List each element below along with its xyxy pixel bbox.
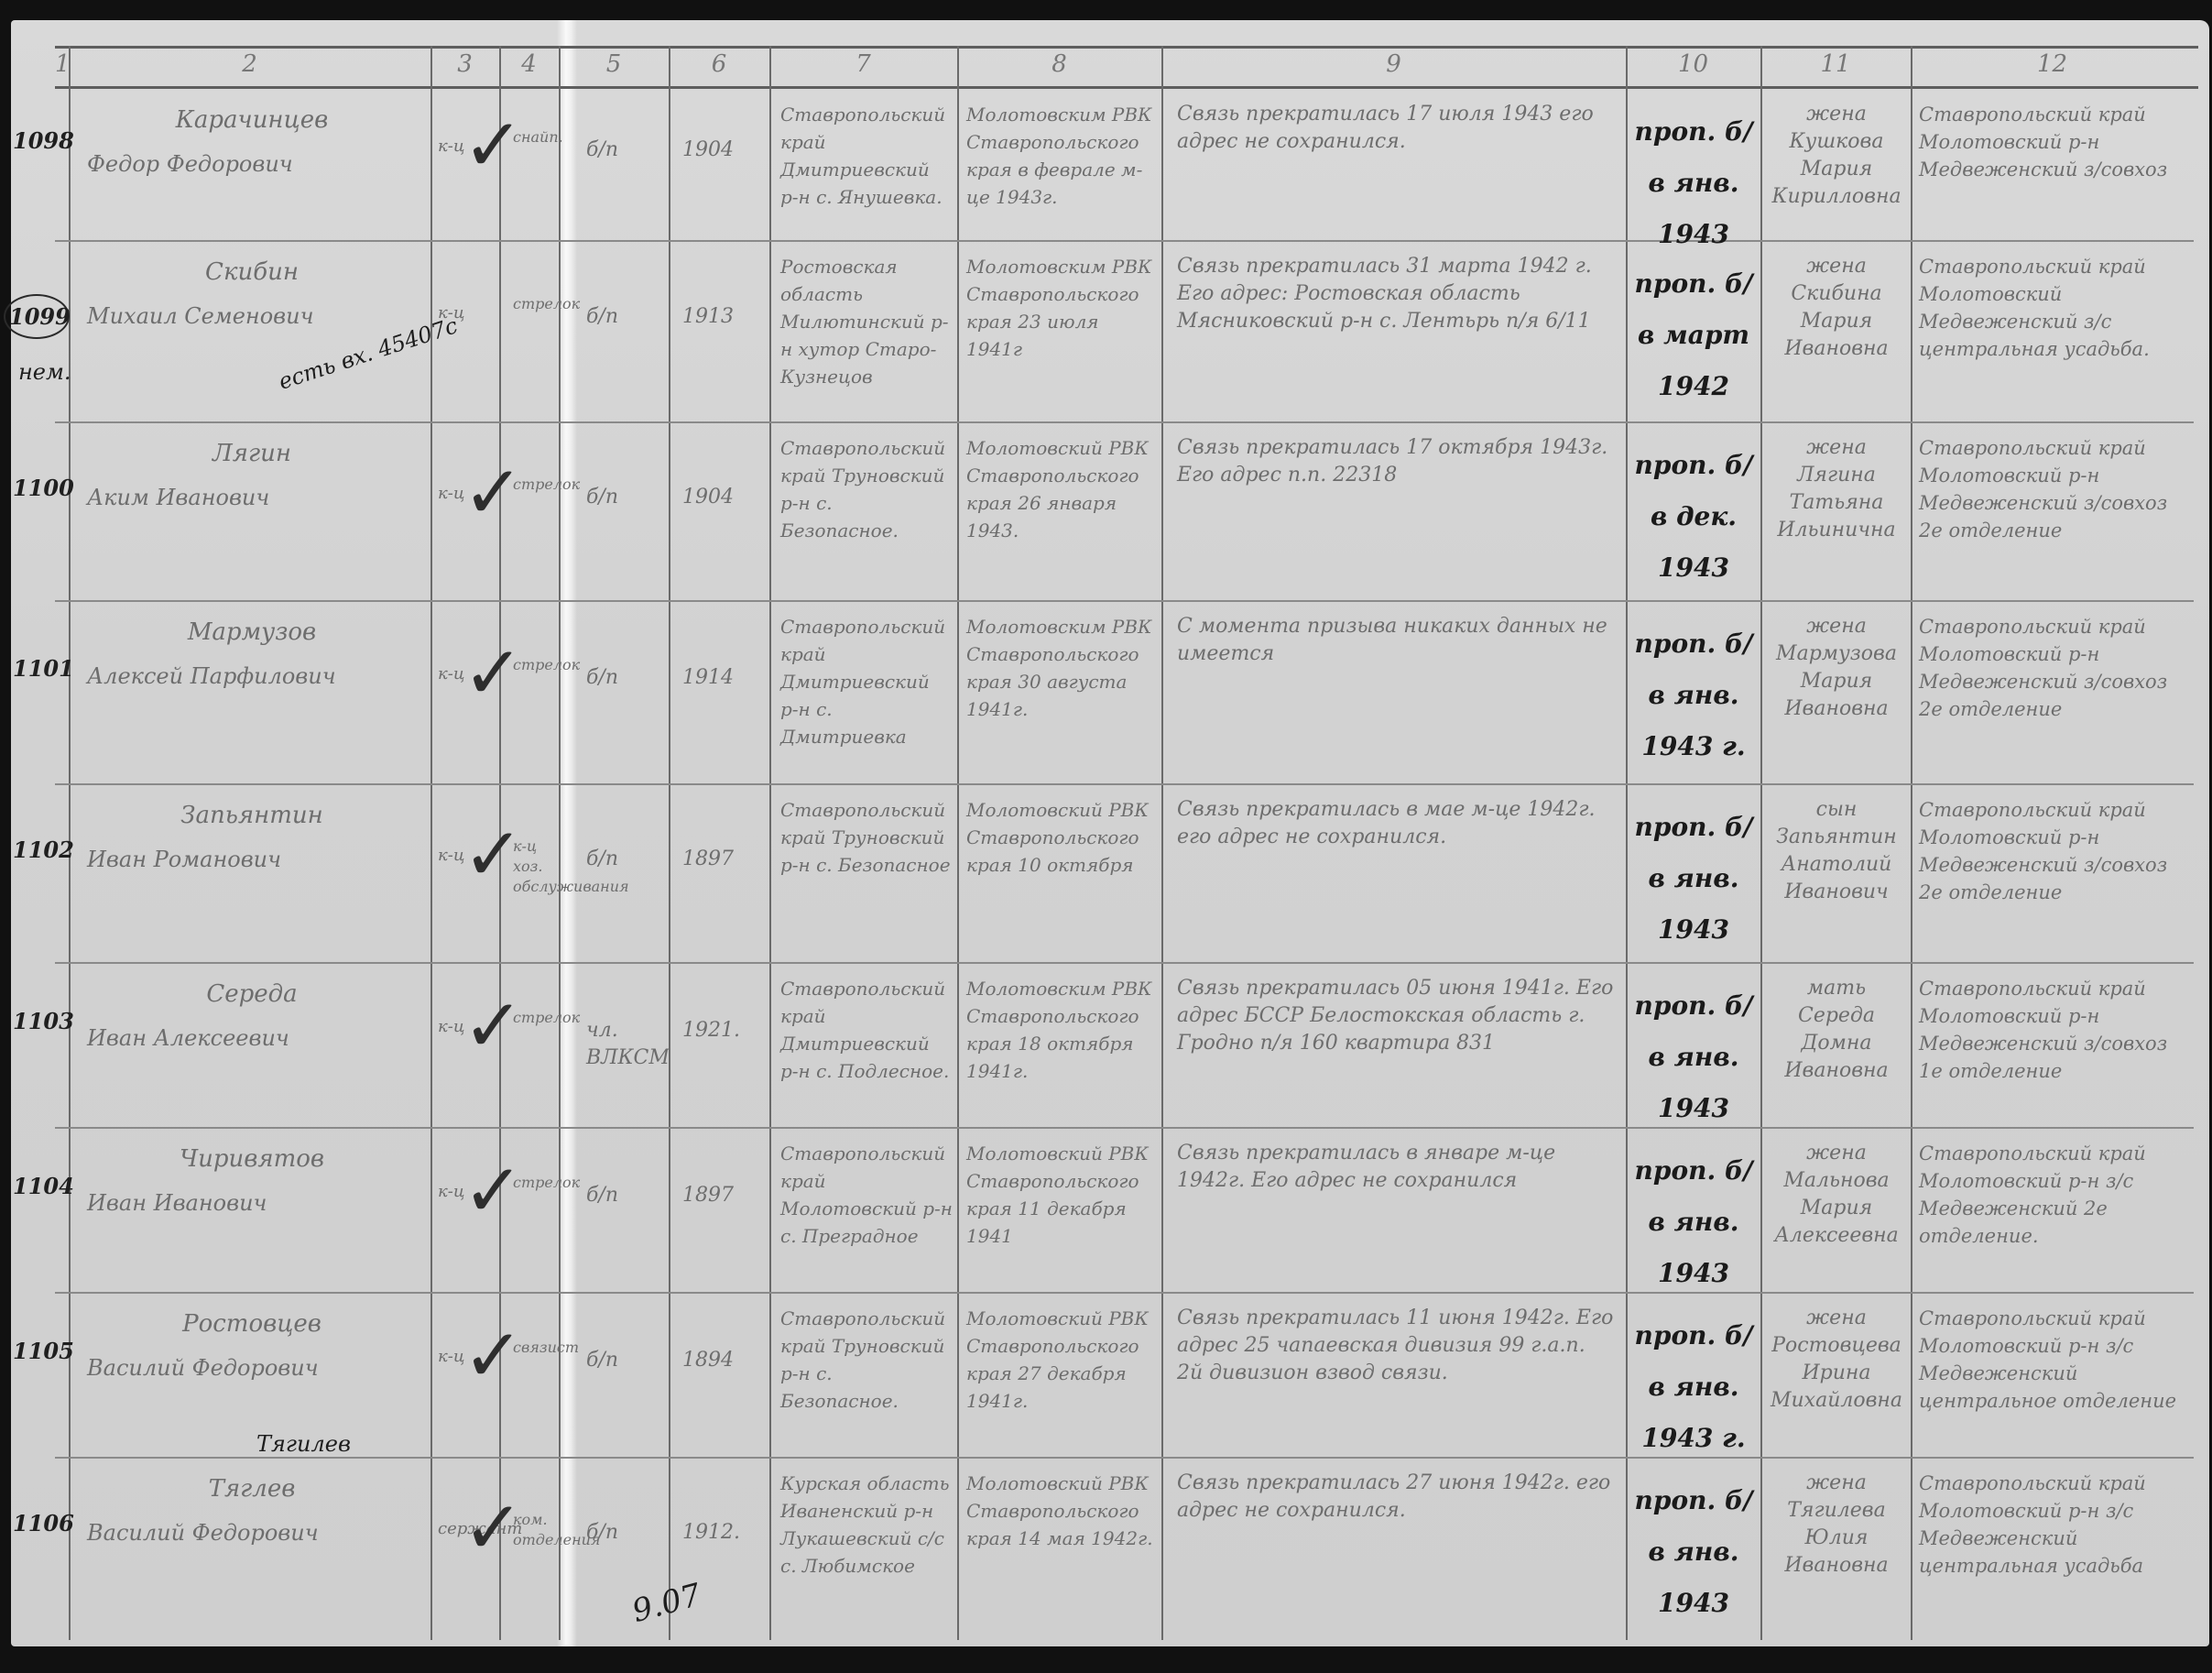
column-number: 12 <box>1911 46 2194 82</box>
row-number: 1104 <box>13 1173 68 1199</box>
relative-address: Ставропольский край Молотовский р-н Медв… <box>1919 796 2189 906</box>
mia-status: проп. б/в янв. 1943 г. <box>1630 1310 1757 1464</box>
column-number: 4 <box>499 46 559 82</box>
mia-status: проп. б/в март 1942 <box>1630 258 1757 412</box>
mia-status: проп. б/в янв. 1943 <box>1630 980 1757 1134</box>
checkmark-icon: ✓ <box>463 456 524 530</box>
column-number: 6 <box>669 46 769 82</box>
row-rule <box>55 962 2194 964</box>
last-contact: Связь прекратилась 17 июля 1943 его адре… <box>1177 101 1617 156</box>
birthplace: Курская область Иваненский р-н Лукашевск… <box>780 1470 953 1580</box>
checkmark-icon: ✓ <box>463 1492 524 1565</box>
mia-status: проп. б/в янв. 1943 г. <box>1630 618 1757 772</box>
row-number: 1101 <box>13 655 68 682</box>
birth-year: 1897 <box>682 1182 765 1209</box>
header-bottom-rule <box>55 86 2198 89</box>
conscription: Молотовский РВК Ставропольского края 14 … <box>966 1470 1157 1552</box>
surname-correction: Тягилев <box>256 1431 351 1457</box>
surname: Тяглев <box>82 1475 421 1503</box>
row-rule <box>55 1292 2194 1294</box>
column-number: 11 <box>1760 46 1911 82</box>
birthplace: Ставропольский край Труновский р-н с. Бе… <box>780 434 953 544</box>
checkmark-icon: ✓ <box>463 818 524 891</box>
relative-address: Ставропольский край Молотовский р-н Медв… <box>1919 101 2189 183</box>
column-rule <box>769 46 771 1640</box>
relative: жена Мармузова Мария Ивановна <box>1768 613 1905 723</box>
row-rule <box>55 421 2194 423</box>
party: б/п <box>586 1347 659 1374</box>
given-name: Аким Иванович <box>87 484 426 511</box>
party: б/п <box>586 664 659 692</box>
birth-year: 1904 <box>682 484 765 511</box>
column-rule <box>1760 46 1762 1640</box>
relative: жена Лягина Татьяна Ильинична <box>1768 434 1905 544</box>
mia-status: проп. б/в янв. 1943 <box>1630 106 1757 260</box>
surname: Скибин <box>82 258 421 286</box>
last-contact: Связь прекратилась 31 марта 1942 г. Его … <box>1177 253 1617 335</box>
last-contact: Связь прекратилась 27 июня 1942г. его ад… <box>1177 1470 1617 1525</box>
party: б/п <box>586 484 659 511</box>
party: б/п <box>586 137 659 164</box>
relative: мать Середа Домна Ивановна <box>1768 975 1905 1085</box>
relative-address: Ставропольский край Молотовский р-н з/с … <box>1919 1470 2189 1580</box>
column-number: 3 <box>430 46 499 82</box>
given-name: Василий Федорович <box>87 1519 426 1547</box>
birthplace: Ставропольский край Дмитриевский р-н с. … <box>780 101 953 211</box>
column-rule <box>430 46 432 1640</box>
party: б/п <box>586 846 659 873</box>
given-name: Михаил Семенович <box>87 302 426 330</box>
conscription: Молотовский РВК Ставропольского края 26 … <box>966 434 1157 544</box>
party: б/п <box>586 303 659 331</box>
conscription: Молотовским РВК Ставропольского края 23 … <box>966 253 1157 363</box>
relative-address: Ставропольский край Молотовский р-н з/с … <box>1919 1305 2189 1415</box>
mia-status: проп. б/в янв. 1943 <box>1630 802 1757 956</box>
row-rule <box>55 1457 2194 1459</box>
row-number: 1098 <box>13 127 68 154</box>
surname: Карачинцев <box>82 106 421 134</box>
column-rule <box>669 46 670 1640</box>
position: стрелок <box>513 294 564 314</box>
column-rule <box>1911 46 1912 1640</box>
relative-address: Ставропольский край Молотовский р-н Медв… <box>1919 613 2189 723</box>
relative: жена Ростовцева Ирина Михайловна <box>1768 1305 1905 1415</box>
conscription: Молотовский РВК Ставропольского края 27 … <box>966 1305 1157 1415</box>
mia-status: проп. б/в янв. 1943 <box>1630 1145 1757 1299</box>
given-name: Иван Алексеевич <box>87 1024 426 1052</box>
surname: Запьянтин <box>82 802 421 829</box>
birthplace: Ставропольский край Труновский р-н с. Бе… <box>780 1305 953 1415</box>
last-contact: Связь прекратилась в мае м-це 1942г. его… <box>1177 796 1617 851</box>
party: чл. ВЛКСМ <box>586 1017 659 1072</box>
row-number: 1103 <box>13 1008 68 1034</box>
mia-status: проп. б/в янв. 1943 <box>1630 1475 1757 1629</box>
conscription: Молотовским РВК Ставропольского края в ф… <box>966 101 1157 211</box>
relative: жена Мальнова Мария Алексеевна <box>1768 1140 1905 1250</box>
relative-address: Ставропольский край Молотовский Медвежен… <box>1919 253 2189 363</box>
birthplace: Ростовская область Милютинский р-н хутор… <box>780 253 953 390</box>
column-rule <box>957 46 959 1640</box>
last-contact: Связь прекратилась в январе м-це 1942г. … <box>1177 1140 1617 1195</box>
row-rule <box>55 783 2194 785</box>
given-name: Иван Иванович <box>87 1189 426 1217</box>
relative-address: Ставропольский край Молотовский р-н з/с … <box>1919 1140 2189 1250</box>
given-name: Алексей Парфилович <box>87 662 426 690</box>
relative-address: Ставропольский край Молотовский р-н Медв… <box>1919 975 2189 1085</box>
birth-year: 1904 <box>682 137 765 164</box>
birth-year: 1912. <box>682 1519 765 1547</box>
row-number: 1105 <box>13 1338 68 1364</box>
last-contact: С момента призыва никаких данных не имее… <box>1177 613 1617 668</box>
column-rule <box>1626 46 1628 1640</box>
row-number: 1100 <box>13 475 68 501</box>
relative: жена Кушкова Мария Кирилловна <box>1768 101 1905 211</box>
last-contact: Связь прекратилась 17 октября 1943г. Его… <box>1177 434 1617 489</box>
given-name: Иван Романович <box>87 846 426 873</box>
row-number: 1099 <box>4 294 70 339</box>
birth-year: 1921. <box>682 1017 765 1044</box>
last-contact: Связь прекратилась 05 июня 1941г. Его ад… <box>1177 975 1617 1057</box>
birthplace: Ставропольский край Молотовский р-н с. П… <box>780 1140 953 1250</box>
birth-year: 1897 <box>682 846 765 873</box>
surname: Ростовцев <box>82 1310 421 1338</box>
surname: Лягин <box>82 440 421 467</box>
conscription: Молотовским РВК Ставропольского края 30 … <box>966 613 1157 723</box>
checkmark-icon: ✓ <box>463 637 524 710</box>
checkmark-icon: ✓ <box>463 1319 524 1393</box>
birthplace: Ставропольский край Дмитриевский р-н с. … <box>780 975 953 1085</box>
conscription: Молотовский РВК Ставропольского края 10 … <box>966 796 1157 879</box>
mia-status: проп. б/в дек. 1943 <box>1630 440 1757 594</box>
relative-address: Ставропольский край Молотовский р-н Медв… <box>1919 434 2189 544</box>
column-number: 5 <box>559 46 669 82</box>
row-rule <box>55 1127 2194 1129</box>
relative: жена Тягилева Юлия Ивановна <box>1768 1470 1905 1580</box>
checkmark-icon: ✓ <box>463 990 524 1063</box>
birth-year: 1914 <box>682 664 765 692</box>
column-number: 2 <box>69 46 430 82</box>
checkmark-icon: ✓ <box>463 1154 524 1228</box>
last-contact: Связь прекратилась 11 июня 1942г. Его ад… <box>1177 1305 1617 1387</box>
given-name: Василий Федорович <box>87 1354 426 1382</box>
birthplace: Ставропольский край Труновский р-н с. Бе… <box>780 796 953 879</box>
margin-annotation: нем. <box>18 359 71 385</box>
surname: Середа <box>82 980 421 1008</box>
row-number: 1106 <box>13 1510 68 1536</box>
relative: жена Скибина Мария Ивановна <box>1768 253 1905 363</box>
checkmark-icon: ✓ <box>463 109 524 182</box>
conscription: Молотовским РВК Ставропольского края 18 … <box>966 975 1157 1085</box>
column-number: 8 <box>957 46 1161 82</box>
birthplace: Ставропольский край Дмитриевский р-н с. … <box>780 613 953 750</box>
column-number: 1 <box>55 46 69 82</box>
surname: Чиривятов <box>82 1145 421 1173</box>
party: б/п <box>586 1182 659 1209</box>
row-number: 1102 <box>13 836 68 863</box>
column-number: 10 <box>1626 46 1760 82</box>
row-rule <box>55 600 2194 602</box>
party: б/п <box>586 1519 659 1547</box>
given-name: Федор Федорович <box>87 150 426 178</box>
relative: сын Запьянтин Анатолий Иванович <box>1768 796 1905 906</box>
column-number: 9 <box>1161 46 1626 82</box>
birth-year: 1913 <box>682 303 765 331</box>
birth-year: 1894 <box>682 1347 765 1374</box>
column-number: 7 <box>769 46 957 82</box>
column-rule <box>1161 46 1163 1640</box>
rank: к-ц <box>438 303 496 323</box>
surname: Мармузов <box>82 618 421 646</box>
row-rule <box>55 240 2194 242</box>
conscription: Молотовский РВК Ставропольского края 11 … <box>966 1140 1157 1250</box>
